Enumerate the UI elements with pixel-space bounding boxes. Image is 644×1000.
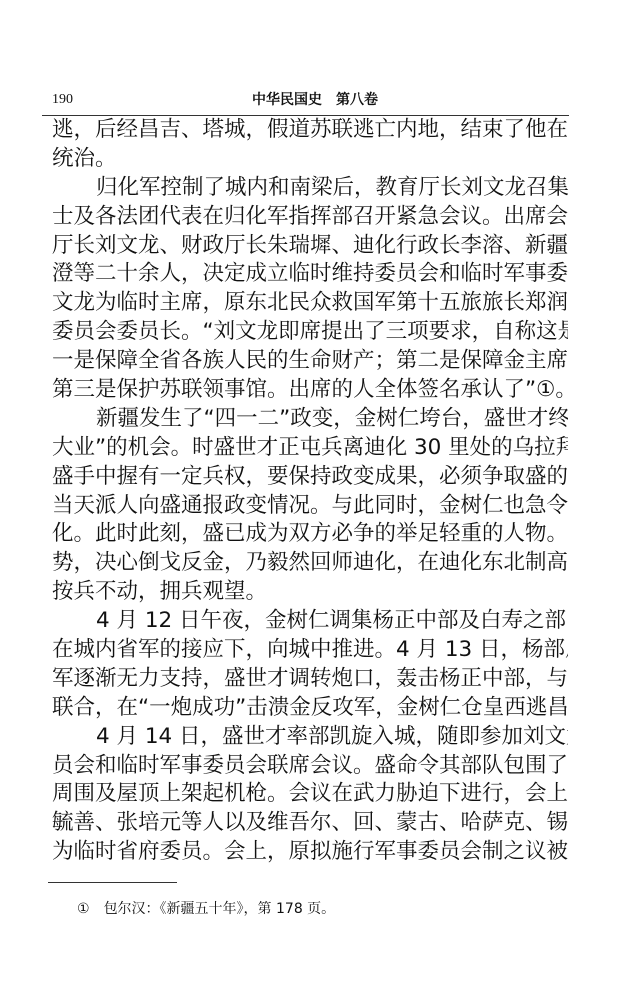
text-line: 军逐渐无力支持，盛世才调转炮口，轰击杨正中部，与东北军郑润成部 [52, 665, 568, 694]
text-line: 化。此时此刻，盛已成为双方必争的举足轻重的人物。盛世才审时度 [52, 520, 568, 549]
footnote-text: 包尔汉：《新疆五十年》，第 178 页。 [104, 901, 336, 917]
text-line: 大业”的机会。时盛世才正屯兵离迪化 30 里处的乌拉拜。政变者深知 [52, 434, 568, 463]
body-text: 逃，后经昌吉、塔城，假道苏联逃亡内地，结束了他在新疆 5 年的军阀统治。归化军控… [52, 116, 568, 867]
text-line: 4 月 14 日，盛世才率部凯旋入城，随即参加刘文龙召开的临时委 [52, 723, 568, 752]
text-line: 第三是保护苏联领事馆。出席的人全体签名承认了”①。 [52, 376, 568, 405]
text-line: 统治。 [52, 145, 568, 174]
page-number: 190 [52, 90, 73, 110]
footnote-rule [48, 882, 177, 883]
text-line: 4 月 12 日午夜，金树仁调集杨正中部及白寿之部向归化军反击， [52, 607, 568, 636]
text-line: 毓善、张培元等人以及维吾尔、回、蒙古、哈萨克、锡伯等少数民族代表 [52, 809, 568, 838]
text-line: 归化军控制了城内和南梁后，教育厅长刘文龙召集各界有声望人 [52, 174, 568, 203]
text-line: 厅长刘文龙、财政厅长朱瑞墀、迪化行政长李溶、新疆党务特派员宫碧 [52, 232, 568, 261]
text-line: 为临时省府委员。会上，原拟施行军事委员会制之议被压制，恢复督办 [52, 838, 568, 867]
text-line: 势，决心倒戈反金，乃毅然回师迪化，在迪化东北制高点“一炮成功”处， [52, 549, 568, 578]
text-line: 一是保障全省各族人民的生命财产；第二是保障金主席全家生命财产； [52, 347, 568, 376]
text-line: 员会和临时军事委员会联席会议。盛命令其部队包围了会场，在会场 [52, 752, 568, 781]
text-line: 盛手中握有一定兵权，要保持政变成果，必须争取盛的支持，乃于政变 [52, 463, 568, 492]
text-line: 澄等二十余人，决定成立临时维持委员会和临时军事委员会。推举刘 [52, 260, 568, 289]
text-line: 士及各法团代表在归化军指挥部召开紧急会议。出席会议者有省教育 [52, 203, 568, 232]
footnote: ①包尔汉：《新疆五十年》，第 178 页。 [77, 899, 335, 919]
text-line: 按兵不动，拥兵观望。 [52, 578, 568, 607]
book-title: 中华民国史 第八卷 [252, 90, 378, 110]
text-line: 在城内省军的接应下，向城中推进。4 月 13 日，杨部反攻占优势，归化 [52, 636, 568, 665]
text-line: 联合，在“一炮成功”击溃金反攻军，金树仁仓皇西逃昌吉。 [52, 694, 568, 723]
text-line: 周围及屋顶上架起机枪。会议在武力胁迫下进行，会上增选盛世才、阎 [52, 780, 568, 809]
text-line: 当天派人向盛通报政变情况。与此同时，金树仁也急令盛火速回师迪 [52, 492, 568, 521]
text-line: 委员会委员长。“刘文龙即席提出了三项要求，自称这是约法三章：第 [52, 318, 568, 347]
text-line: 新疆发生了“四一二”政变，金树仁垮台，盛世才终于等到了“宏图 [52, 405, 568, 434]
footnote-marker: ① [77, 901, 90, 917]
text-line: 文龙为临时主席，原东北民众救国军第十五旅旅长郑润成为临时军事 [52, 289, 568, 318]
running-head: 190 中华民国史 第八卷 [52, 90, 568, 112]
text-line: 逃，后经昌吉、塔城，假道苏联逃亡内地，结束了他在新疆 5 年的军阀 [52, 116, 568, 145]
